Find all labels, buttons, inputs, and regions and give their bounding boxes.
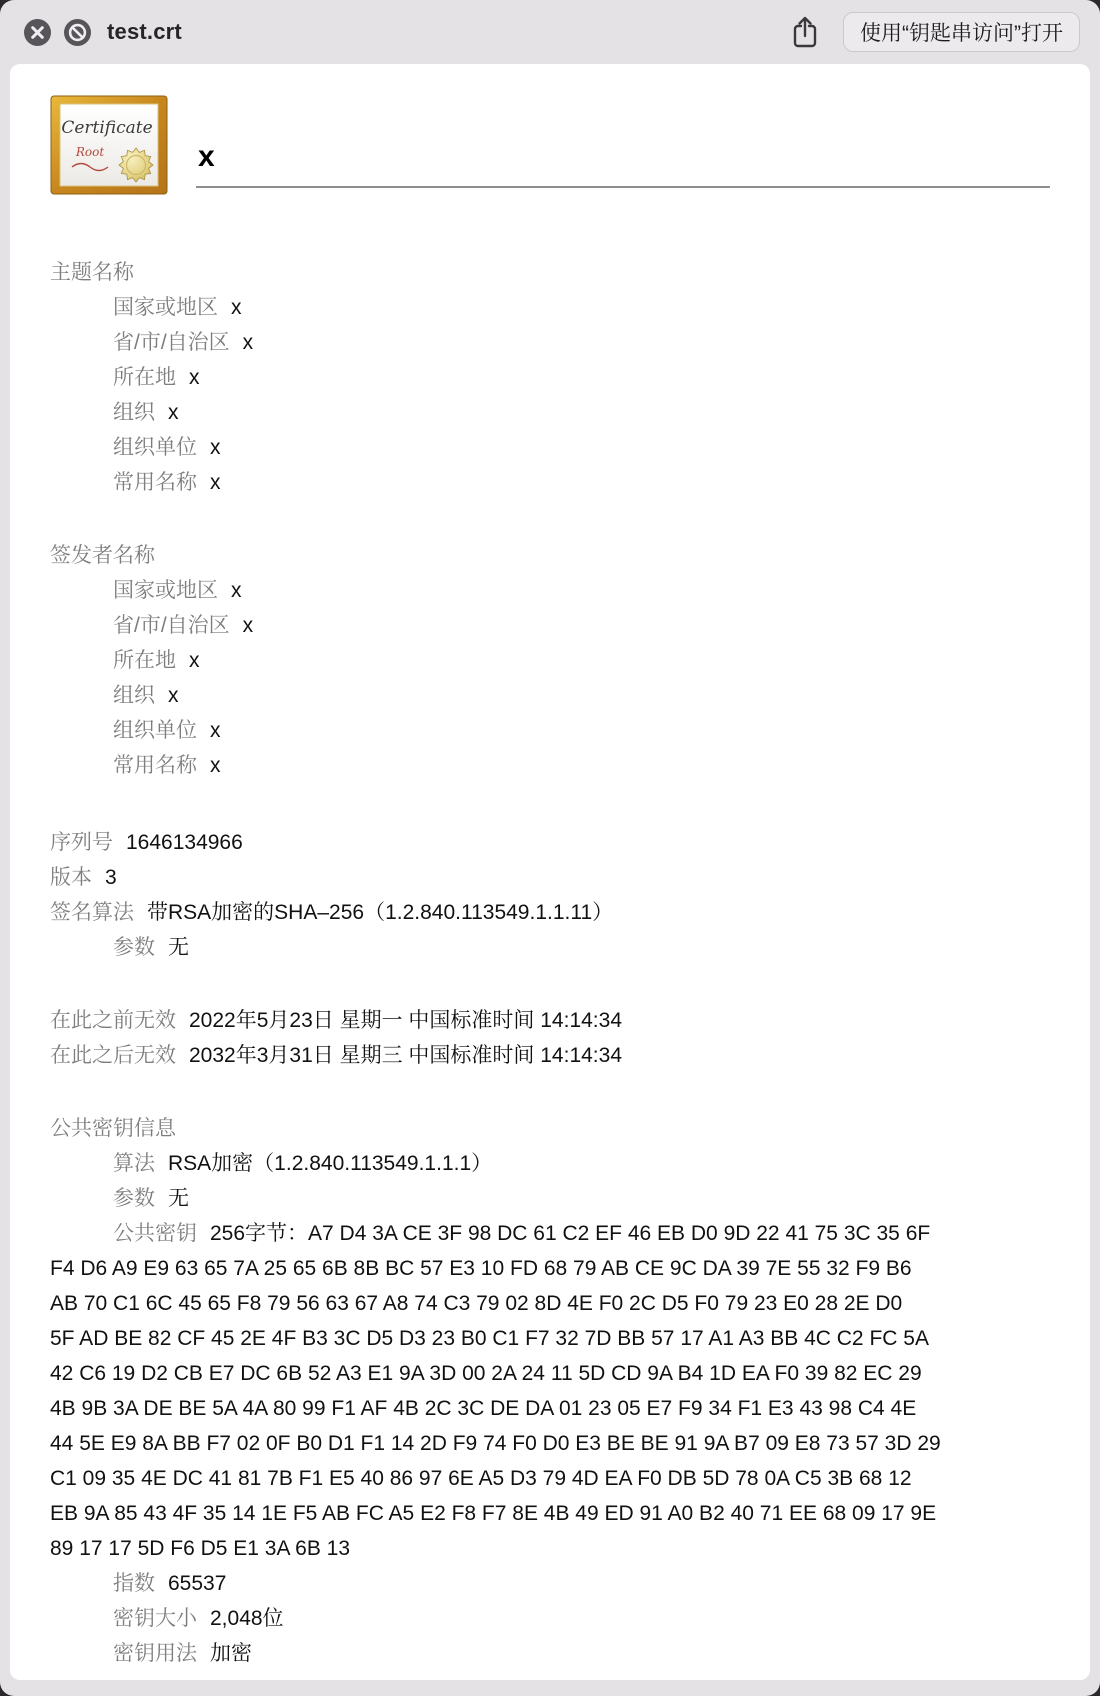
field-value: x <box>210 754 221 777</box>
field-row-common-name: 常用名称x <box>50 748 1050 783</box>
field-value: 65537 <box>168 1572 226 1595</box>
field-value: 2,048位 <box>210 1607 284 1630</box>
field-label: 签名算法 <box>50 901 134 924</box>
field-label: 所在地 <box>113 366 176 389</box>
field-label: 公共密钥 <box>113 1222 197 1245</box>
certificate-preview-card: Certificate Root x 主题名称 国家或地区x 省/市/自治区x … <box>10 64 1090 1680</box>
field-label: 指数 <box>113 1572 155 1595</box>
not-valid-after-row: 在此之后无效2032年3月31日 星期三 中国标准时间 14:14:34 <box>50 1038 1050 1073</box>
field-value: 3 <box>105 866 117 889</box>
algorithm-row: 算法RSA加密（1.2.840.113549.1.1.1） <box>50 1146 1050 1181</box>
titlebar: test.crt 使用“钥匙串访问”打开 <box>0 0 1100 64</box>
parameters-row: 参数无 <box>50 1181 1050 1216</box>
field-value: x <box>210 471 221 494</box>
field-label: 密钥用法 <box>113 1642 197 1665</box>
public-key-hex-line: 42 C6 19 D2 CB E7 DC 6B 52 A3 E1 9A 3D 0… <box>50 1356 1050 1391</box>
field-label: 组织单位 <box>113 436 197 459</box>
field-row-common-name: 常用名称x <box>50 465 1050 500</box>
public-key-hex-line: 89 17 17 5D F6 D5 E1 3A 6B 13 <box>50 1531 1050 1566</box>
field-row-province: 省/市/自治区x <box>50 608 1050 643</box>
field-row-locality: 所在地x <box>50 360 1050 395</box>
field-label: 国家或地区 <box>113 296 218 319</box>
certificate-icon: Certificate Root <box>50 95 168 195</box>
field-value: x <box>243 614 254 637</box>
validity-section: 在此之前无效2022年5月23日 星期一 中国标准时间 14:14:34 在此之… <box>50 1003 1050 1073</box>
issuer-name-section: 签发者名称 国家或地区x 省/市/自治区x 所在地x 组织x 组织单位x 常用名… <box>50 538 1050 783</box>
field-value: x <box>231 296 242 319</box>
version-row: 版本3 <box>50 860 1050 895</box>
close-icon[interactable] <box>24 19 51 46</box>
signature-algorithm-row: 签名算法带RSA加密的SHA–256（1.2.840.113549.1.1.11… <box>50 895 1050 930</box>
quicklook-window: test.crt 使用“钥匙串访问”打开 <box>0 0 1100 1696</box>
exponent-row: 指数65537 <box>50 1566 1050 1601</box>
field-label: 序列号 <box>50 831 113 854</box>
field-label: 国家或地区 <box>113 579 218 602</box>
field-row-organization: 组织x <box>50 395 1050 430</box>
field-value: x <box>210 436 221 459</box>
field-row-country: 国家或地区x <box>50 290 1050 325</box>
field-row-country: 国家或地区x <box>50 573 1050 608</box>
field-label: 组织 <box>113 684 155 707</box>
certificate-header: Certificate Root x <box>50 95 1050 195</box>
share-icon[interactable] <box>789 15 821 49</box>
field-value: x <box>210 719 221 742</box>
field-label: 所在地 <box>113 649 176 672</box>
field-value: 2022年5月23日 星期一 中国标准时间 14:14:34 <box>189 1009 622 1032</box>
field-label: 常用名称 <box>113 754 197 777</box>
field-value: x <box>189 649 200 672</box>
public-key-row: 公共密钥256字节：A7 D4 3A CE 3F 98 DC 61 C2 EF … <box>50 1216 1050 1251</box>
field-label: 算法 <box>113 1152 155 1175</box>
field-value: x <box>168 401 179 424</box>
details-section: 序列号1646134966 版本3 签名算法带RSA加密的SHA–256（1.2… <box>50 825 1050 965</box>
public-key-hex-first-line: 256字节：A7 D4 3A CE 3F 98 DC 61 C2 EF 46 E… <box>210 1222 930 1245</box>
field-value: x <box>231 579 242 602</box>
public-key-info-section: 公共密钥信息 算法RSA加密（1.2.840.113549.1.1.1） 参数无… <box>50 1111 1050 1671</box>
field-row-organization: 组织x <box>50 678 1050 713</box>
public-key-hex-line: 4B 9B 3A DE BE 5A 4A 80 99 F1 AF 4B 2C 3… <box>50 1391 1050 1426</box>
field-value: 1646134966 <box>126 831 243 854</box>
field-value: RSA加密（1.2.840.113549.1.1.1） <box>168 1152 492 1175</box>
field-label: 在此之前无效 <box>50 1009 176 1032</box>
svg-text:Root: Root <box>75 145 104 159</box>
public-key-hex-line: C1 09 35 4E DC 41 81 7B F1 E5 40 86 97 6… <box>50 1461 1050 1496</box>
subject-name-section: 主题名称 国家或地区x 省/市/自治区x 所在地x 组织x 组织单位x 常用名称… <box>50 255 1050 500</box>
field-value: x <box>189 366 200 389</box>
field-label: 参数 <box>113 1187 155 1210</box>
field-row-org-unit: 组织单位x <box>50 430 1050 465</box>
field-label: 密钥大小 <box>113 1607 197 1630</box>
field-label: 在此之后无效 <box>50 1044 176 1067</box>
field-value: 无 <box>168 936 189 959</box>
svg-text:Certificate: Certificate <box>61 118 152 138</box>
field-label: 组织 <box>113 401 155 424</box>
field-row-locality: 所在地x <box>50 643 1050 678</box>
field-label: 参数 <box>113 936 155 959</box>
key-size-row: 密钥大小2,048位 <box>50 1601 1050 1636</box>
open-with-keychain-button[interactable]: 使用“钥匙串访问”打开 <box>843 12 1080 52</box>
public-key-hex-line: F4 D6 A9 E9 63 65 7A 25 65 6B 8B BC 57 E… <box>50 1251 1050 1286</box>
public-key-hex-line: EB 9A 85 43 4F 35 14 1E F5 AB FC A5 E2 F… <box>50 1496 1050 1531</box>
certificate-common-name: x <box>196 141 1050 173</box>
public-key-hex-line: AB 70 C1 6C 45 65 F8 79 56 63 67 A8 74 C… <box>50 1286 1050 1321</box>
public-key-hex-line: 5F AD BE 82 CF 45 2E 4F B3 3C D5 D3 23 B… <box>50 1321 1050 1356</box>
field-row-province: 省/市/自治区x <box>50 325 1050 360</box>
field-value: x <box>243 331 254 354</box>
parameters-row: 参数无 <box>50 930 1050 965</box>
field-row-org-unit: 组织单位x <box>50 713 1050 748</box>
section-heading: 签发者名称 <box>50 538 1050 573</box>
field-label: 省/市/自治区 <box>113 331 230 354</box>
field-value: 2032年3月31日 星期三 中国标准时间 14:14:34 <box>189 1044 622 1067</box>
field-value: 带RSA加密的SHA–256（1.2.840.113549.1.1.11） <box>147 901 613 924</box>
field-label: 常用名称 <box>113 471 197 494</box>
field-label: 版本 <box>50 866 92 889</box>
prohibition-icon[interactable] <box>64 19 91 46</box>
key-usage-row-clipped: 密钥用法加密 <box>50 1636 1050 1671</box>
section-heading: 主题名称 <box>50 255 1050 290</box>
section-heading: 公共密钥信息 <box>50 1111 1050 1146</box>
window-title: test.crt <box>107 19 182 45</box>
field-value: 无 <box>168 1187 189 1210</box>
field-label: 省/市/自治区 <box>113 614 230 637</box>
not-valid-before-row: 在此之前无效2022年5月23日 星期一 中国标准时间 14:14:34 <box>50 1003 1050 1038</box>
field-label: 组织单位 <box>113 719 197 742</box>
header-divider <box>196 186 1050 188</box>
field-value: x <box>168 684 179 707</box>
field-value: 加密 <box>210 1642 252 1665</box>
public-key-hex-line: 44 5E E9 8A BB F7 02 0F B0 D1 F1 14 2D F… <box>50 1426 1050 1461</box>
serial-number-row: 序列号1646134966 <box>50 825 1050 860</box>
